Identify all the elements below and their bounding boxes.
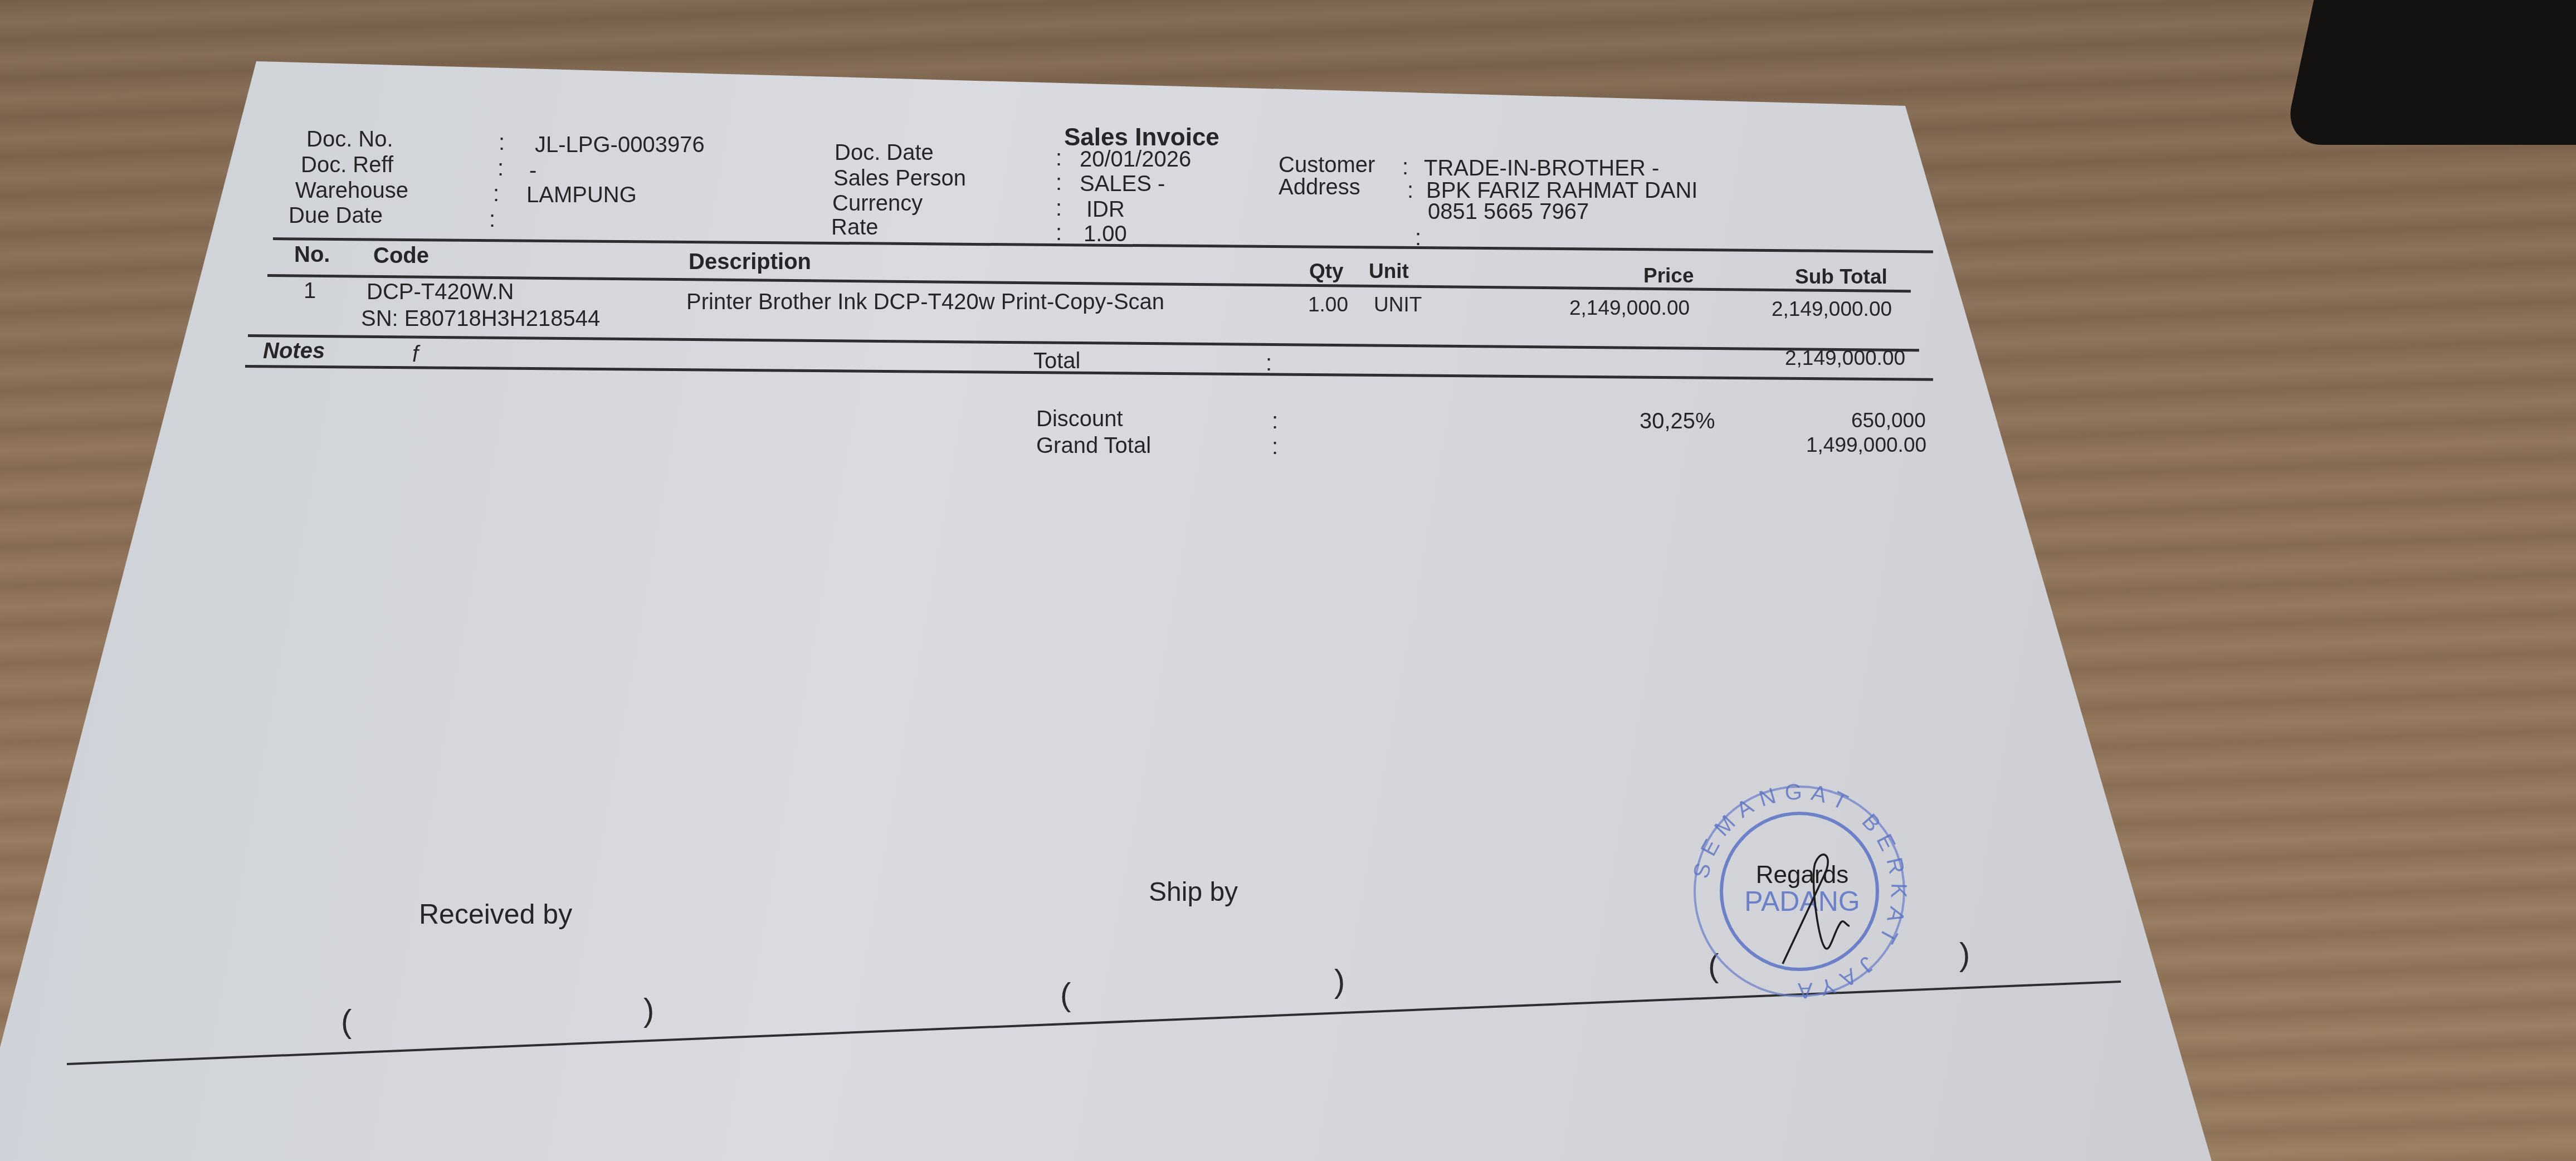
doc-no-value: JL-LPG-0003976 <box>535 133 705 158</box>
col-unit: Unit <box>1369 260 1409 283</box>
col-description: Description <box>689 250 811 275</box>
col-subtotal: Sub Total <box>1795 265 1887 289</box>
due-date-sep: : <box>489 207 495 232</box>
grand-total-sep: : <box>1272 435 1278 460</box>
customer-value: TRADE-IN-BROTHER - <box>1424 156 1659 181</box>
row-code: DCP-T420W.N <box>367 280 514 305</box>
row-description: Printer Brother Ink DCP-T420w Print-Copy… <box>686 290 1164 315</box>
customer-label: Customer <box>1279 153 1375 178</box>
sales-invoice: Sales Invoice Doc. No. : JL-LPG-0003976 … <box>0 0 2576 1161</box>
customer-sep: : <box>1402 155 1408 180</box>
address-label: Address <box>1279 175 1360 200</box>
currency-sep: : <box>1056 196 1062 221</box>
total-sep: : <box>1266 351 1272 376</box>
ship-close-paren: ) <box>1334 963 1345 1000</box>
doc-reff-value: - <box>529 158 536 183</box>
svg-text:PADANG: PADANG <box>1744 886 1860 917</box>
row-qty: 1.00 <box>1308 293 1348 316</box>
doc-reff-sep: : <box>497 156 504 181</box>
notes-label: Notes <box>263 339 325 364</box>
address-line2: 0851 5665 7967 <box>1428 199 1589 225</box>
rate-label: Rate <box>831 215 879 240</box>
currency-label: Currency <box>832 191 923 216</box>
total-label: Total <box>1033 349 1081 374</box>
doc-date-label: Doc. Date <box>835 140 934 165</box>
doc-no-sep: : <box>499 130 505 155</box>
items-rule <box>248 334 1919 352</box>
discount-percent: 30,25% <box>1640 409 1715 434</box>
received-open-paren: ( <box>341 1003 352 1040</box>
col-no: No. <box>294 242 330 267</box>
currency-value: IDR <box>1086 197 1125 222</box>
col-qty: Qty <box>1309 260 1344 283</box>
col-code: Code <box>373 243 429 269</box>
rate-sep: : <box>1056 221 1062 246</box>
discount-value: 650,000 <box>1851 409 1926 432</box>
notes-rule <box>245 365 1933 381</box>
received-close-paren: ) <box>643 992 654 1029</box>
col-price: Price <box>1643 264 1694 287</box>
notes-value: f <box>412 342 418 367</box>
warehouse-value: LAMPUNG <box>526 183 637 208</box>
discount-sep: : <box>1272 409 1278 434</box>
received-by-label: Received by <box>419 898 572 930</box>
row-price: 2,149,000.00 <box>1569 296 1690 320</box>
row-subtotal: 2,149,000.00 <box>1772 297 1892 321</box>
regards-close-paren: ) <box>1959 936 1970 973</box>
sales-person-label: Sales Person <box>833 166 966 191</box>
sales-person-sep: : <box>1056 170 1062 196</box>
doc-reff-label: Doc. Reff <box>301 153 393 178</box>
row-no: 1 <box>304 279 316 304</box>
doc-no-label: Doc. No. <box>306 127 393 152</box>
grand-total-value: 1,499,000.00 <box>1806 433 1926 457</box>
discount-label: Discount <box>1036 407 1123 432</box>
address-sep: : <box>1407 178 1413 203</box>
doc-date-value: 20/01/2026 <box>1080 147 1191 172</box>
doc-date-sep: : <box>1056 146 1062 171</box>
due-date-label: Due Date <box>289 203 383 228</box>
svg-text:Regards: Regards <box>1756 861 1848 889</box>
ship-open-paren: ( <box>1060 976 1071 1013</box>
warehouse-sep: : <box>493 182 499 207</box>
warehouse-label: Warehouse <box>295 178 408 203</box>
sales-person-value: SALES - <box>1080 172 1165 197</box>
rate-value: 1.00 <box>1084 222 1127 247</box>
company-stamp: SEMANGAT BERKAT JAYA Regards PADANG <box>1688 780 1911 1003</box>
grand-total-label: Grand Total <box>1036 433 1151 458</box>
ship-by-label: Ship by <box>1149 877 1238 908</box>
row-unit: UNIT <box>1374 293 1422 316</box>
total-value: 2,149,000.00 <box>1785 347 1905 370</box>
row-serial: SN: E80718H3H218544 <box>361 306 600 331</box>
